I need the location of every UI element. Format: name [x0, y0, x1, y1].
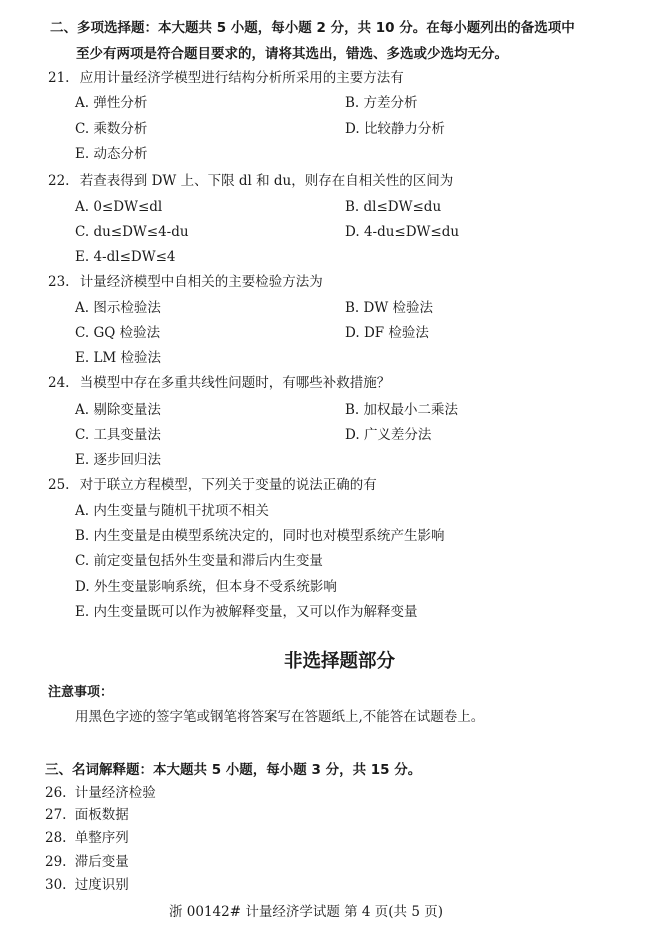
- option-25-d: D. 外生变量影响系统，但本身不受系统影响: [75, 578, 337, 596]
- option-text: du≤DW≤4-du: [93, 224, 188, 240]
- option-text: 工具变量法: [93, 427, 161, 443]
- option-label: D.: [345, 223, 360, 241]
- part-title: 非选择题部分: [284, 651, 395, 673]
- option-22-c: C. du≤DW≤4-du: [75, 223, 189, 241]
- option-25-b: B. 内生变量是由模型系统决定的，同时也对模型系统产生影响: [75, 527, 445, 545]
- option-21-c: C. 乘数分析: [75, 120, 147, 138]
- question-text: 当模型中存在多重共线性问题时，有哪些补救措施？: [80, 375, 391, 391]
- option-text: 比较静力分析: [364, 121, 445, 137]
- option-text: 外生变量影响系统，但本身不受系统影响: [94, 579, 337, 595]
- question-21-stem: 21. 应用计量经济学模型进行结构分析所采用的主要方法有: [48, 69, 404, 87]
- item-number: 27.: [45, 806, 66, 824]
- option-text: 4-dl≤DW≤4: [93, 249, 175, 265]
- item-text: 面板数据: [75, 807, 129, 823]
- option-label: B.: [345, 401, 359, 419]
- option-label: E.: [75, 603, 89, 621]
- option-label: C.: [75, 426, 89, 444]
- question-number: 24.: [48, 374, 69, 392]
- question-number: 23.: [48, 273, 69, 291]
- option-text: 图示检验法: [93, 300, 161, 316]
- item-number: 29.: [45, 853, 66, 871]
- option-23-a: A. 图示检验法: [75, 299, 161, 317]
- section2-heading-line2: 至少有两项是符合题目要求的，请将其选出，错选、多选或少选均无分。: [76, 45, 508, 63]
- item-text: 计量经济检验: [75, 785, 156, 801]
- option-label: A.: [75, 401, 89, 419]
- option-text: 前定变量包括外生变量和滞后内生变量: [93, 553, 323, 569]
- option-21-d: D. 比较静力分析: [345, 120, 445, 138]
- option-label: E.: [75, 145, 89, 163]
- item-number: 28.: [45, 829, 66, 847]
- option-text: 内生变量既可以作为被解释变量，又可以作为解释变量: [93, 604, 417, 620]
- item-text: 单整序列: [75, 830, 129, 846]
- option-label: B.: [345, 198, 359, 216]
- question-number: 22.: [48, 172, 69, 190]
- option-label: C.: [75, 223, 89, 241]
- option-text: 内生变量与随机干扰项不相关: [93, 503, 269, 519]
- question-24-stem: 24. 当模型中存在多重共线性问题时，有哪些补救措施？: [48, 374, 390, 392]
- option-22-a: A. 0≤DW≤dl: [75, 198, 162, 216]
- option-text: 剔除变量法: [93, 402, 161, 418]
- option-label: A.: [75, 299, 89, 317]
- term-item-29: 29. 滞后变量: [45, 853, 129, 871]
- option-label: A.: [75, 502, 89, 520]
- option-label: D.: [75, 578, 90, 596]
- option-text: 广义差分法: [364, 427, 432, 443]
- item-number: 30.: [45, 876, 66, 894]
- option-label: B.: [345, 299, 359, 317]
- option-21-b: B. 方差分析: [345, 94, 418, 112]
- option-24-c: C. 工具变量法: [75, 426, 161, 444]
- option-text: DW 检验法: [364, 300, 434, 316]
- option-label: A.: [75, 94, 89, 112]
- option-25-c: C. 前定变量包括外生变量和滞后内生变量: [75, 552, 323, 570]
- term-item-27: 27. 面板数据: [45, 806, 129, 824]
- term-item-28: 28. 单整序列: [45, 829, 129, 847]
- option-label: E.: [75, 451, 89, 469]
- option-24-b: B. 加权最小二乘法: [345, 401, 458, 419]
- option-label: B.: [345, 94, 359, 112]
- option-text: 4-du≤DW≤du: [364, 224, 459, 240]
- option-text: LM 检验法: [93, 350, 161, 366]
- option-label: B.: [75, 527, 89, 545]
- option-23-b: B. DW 检验法: [345, 299, 433, 317]
- item-number: 26.: [45, 784, 66, 802]
- question-text: 若查表得到 DW 上、下限 dl 和 du，则存在自相关性的区间为: [80, 173, 453, 189]
- question-number: 25.: [48, 476, 69, 494]
- option-label: D.: [345, 324, 360, 342]
- option-23-e: E. LM 检验法: [75, 349, 161, 367]
- option-text: dl≤DW≤du: [364, 199, 442, 215]
- option-text: GQ 检验法: [93, 325, 160, 341]
- term-item-30: 30. 过度识别: [45, 876, 129, 894]
- option-label: E.: [75, 248, 89, 266]
- page-footer: 浙 00142# 计量经济学试题 第 4 页(共 5 页): [0, 903, 612, 921]
- question-number: 21.: [48, 69, 69, 87]
- option-25-e: E. 内生变量既可以作为被解释变量，又可以作为解释变量: [75, 603, 417, 621]
- option-text: 加权最小二乘法: [364, 402, 459, 418]
- question-text: 应用计量经济学模型进行结构分析所采用的主要方法有: [80, 70, 404, 86]
- section3-heading: 三、名词解释题：本大题共 5 小题，每小题 3 分，共 15 分。: [45, 761, 421, 779]
- option-24-d: D. 广义差分法: [345, 426, 431, 444]
- option-label: C.: [75, 120, 89, 138]
- option-text: 方差分析: [364, 95, 418, 111]
- option-text: 逐步回归法: [93, 452, 161, 468]
- option-23-c: C. GQ 检验法: [75, 324, 160, 342]
- option-label: C.: [75, 324, 89, 342]
- option-22-b: B. dl≤DW≤du: [345, 198, 441, 216]
- question-text: 对于联立方程模型，下列关于变量的说法正确的有: [80, 477, 377, 493]
- question-22-stem: 22. 若查表得到 DW 上、下限 dl 和 du，则存在自相关性的区间为: [48, 172, 453, 190]
- option-text: 弹性分析: [93, 95, 147, 111]
- option-label: D.: [345, 426, 360, 444]
- section2-heading-line1: 二、多项选择题：本大题共 5 小题，每小题 2 分，共 10 分。在每小题列出的…: [50, 19, 575, 37]
- option-22-d: D. 4-du≤DW≤du: [345, 223, 459, 241]
- question-text: 计量经济模型中自相关的主要检验方法为: [80, 274, 323, 290]
- option-label: D.: [345, 120, 360, 138]
- option-25-a: A. 内生变量与随机干扰项不相关: [75, 502, 269, 520]
- term-item-26: 26. 计量经济检验: [45, 784, 156, 802]
- option-text: 乘数分析: [93, 121, 147, 137]
- notice-text: 用黑色字迹的签字笔或钢笔将答案写在答题纸上,不能答在试题卷上。: [75, 708, 484, 726]
- option-label: C.: [75, 552, 89, 570]
- option-text: 动态分析: [93, 146, 147, 162]
- option-23-d: D. DF 检验法: [345, 324, 429, 342]
- option-text: 0≤DW≤dl: [93, 199, 162, 215]
- question-25-stem: 25. 对于联立方程模型，下列关于变量的说法正确的有: [48, 476, 377, 494]
- option-label: A.: [75, 198, 89, 216]
- option-24-e: E. 逐步回归法: [75, 451, 161, 469]
- option-text: 内生变量是由模型系统决定的，同时也对模型系统产生影响: [94, 528, 445, 544]
- option-label: E.: [75, 349, 89, 367]
- notice-label: 注意事项：: [48, 684, 113, 702]
- option-21-e: E. 动态分析: [75, 145, 147, 163]
- option-21-a: A. 弹性分析: [75, 94, 147, 112]
- option-22-e: E. 4-dl≤DW≤4: [75, 248, 175, 266]
- option-24-a: A. 剔除变量法: [75, 401, 161, 419]
- item-text: 过度识别: [75, 877, 129, 893]
- option-text: DF 检验法: [364, 325, 429, 341]
- item-text: 滞后变量: [75, 854, 129, 870]
- question-23-stem: 23. 计量经济模型中自相关的主要检验方法为: [48, 273, 323, 291]
